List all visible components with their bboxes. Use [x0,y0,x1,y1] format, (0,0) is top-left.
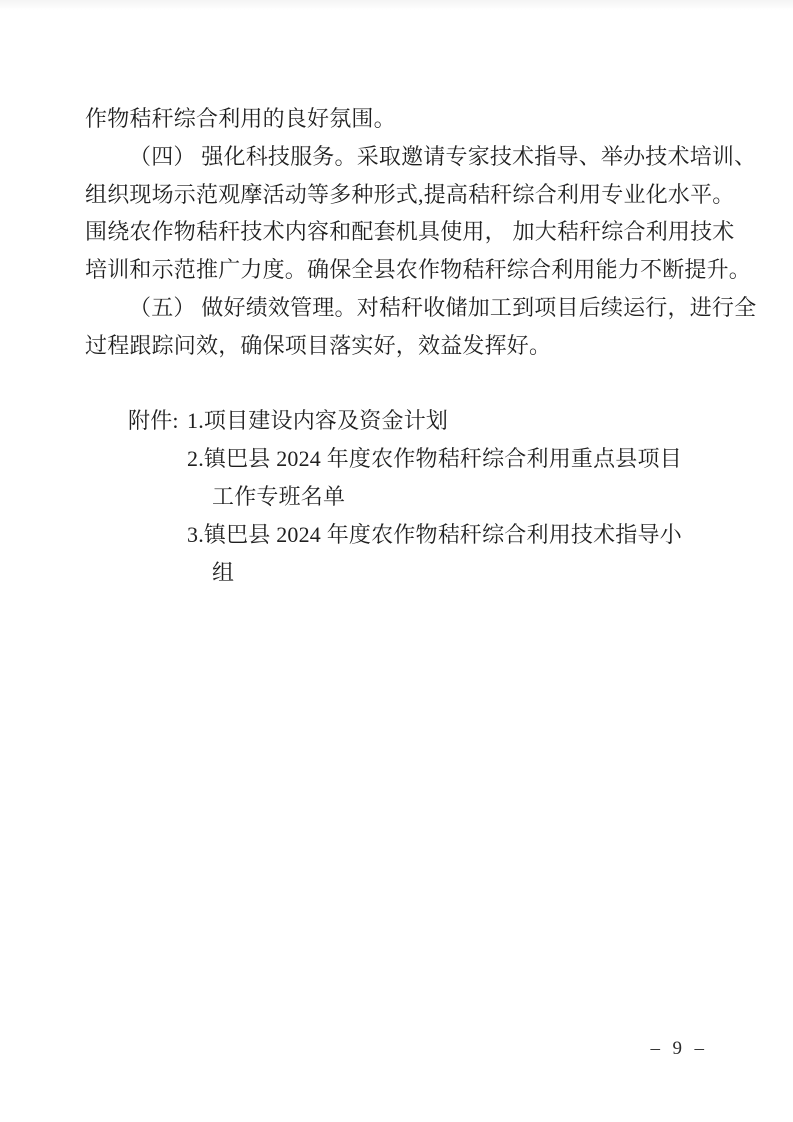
blank-line [85,365,717,403]
body-line-section-4-start: （四） 强化科技服务。采取邀请专家技术指导、举办技术培训、 [85,138,717,176]
body-line: 培训和示范推广力度。确保全县农作物秸秆综合利用能力不断提升。 [85,251,717,289]
body-line-section-5-start: （五） 做好绩效管理。对秸秆收储加工到项目后续运行，进行全 [85,289,717,327]
attachment-items: 1.项目建设内容及资金计划 2.镇巴县 2024 年度农作物秸秆综合利用重点县项… [187,402,717,591]
document-page: 作物秸秆综合利用的良好氛围。 （四） 强化科技服务。采取邀请专家技术指导、举办技… [0,0,793,1122]
scan-edge-shadow [0,0,793,10]
body-line: 围绕农作物秸秆技术内容和配套机具使用， 加大秸秆综合利用技术 [85,213,717,251]
attachment-item-2-continuation: 工作专班名单 [212,478,717,516]
body-line: 组织现场示范观摩活动等多种形式,提高秸秆综合利用专业化水平。 [85,176,717,214]
document-body: 作物秸秆综合利用的良好氛围。 （四） 强化科技服务。采取邀请专家技术指导、举办技… [85,100,717,591]
body-line: 过程跟踪问效，确保项目落实好，效益发挥好。 [85,327,717,365]
page-number: – 9 – [651,1038,706,1060]
attachment-item-2: 2.镇巴县 2024 年度农作物秸秆综合利用重点县项目 [187,440,717,478]
body-line: 作物秸秆综合利用的良好氛围。 [85,100,717,138]
attachment-item-3-continuation: 组 [212,554,717,592]
attachment-item-1: 1.项目建设内容及资金计划 [187,402,717,440]
attachment-label: 附件: [128,402,187,591]
attachment-block: 附件: 1.项目建设内容及资金计划 2.镇巴县 2024 年度农作物秸秆综合利用… [128,402,717,591]
attachment-item-3: 3.镇巴县 2024 年度农作物秸秆综合利用技术指导小 [187,516,717,554]
